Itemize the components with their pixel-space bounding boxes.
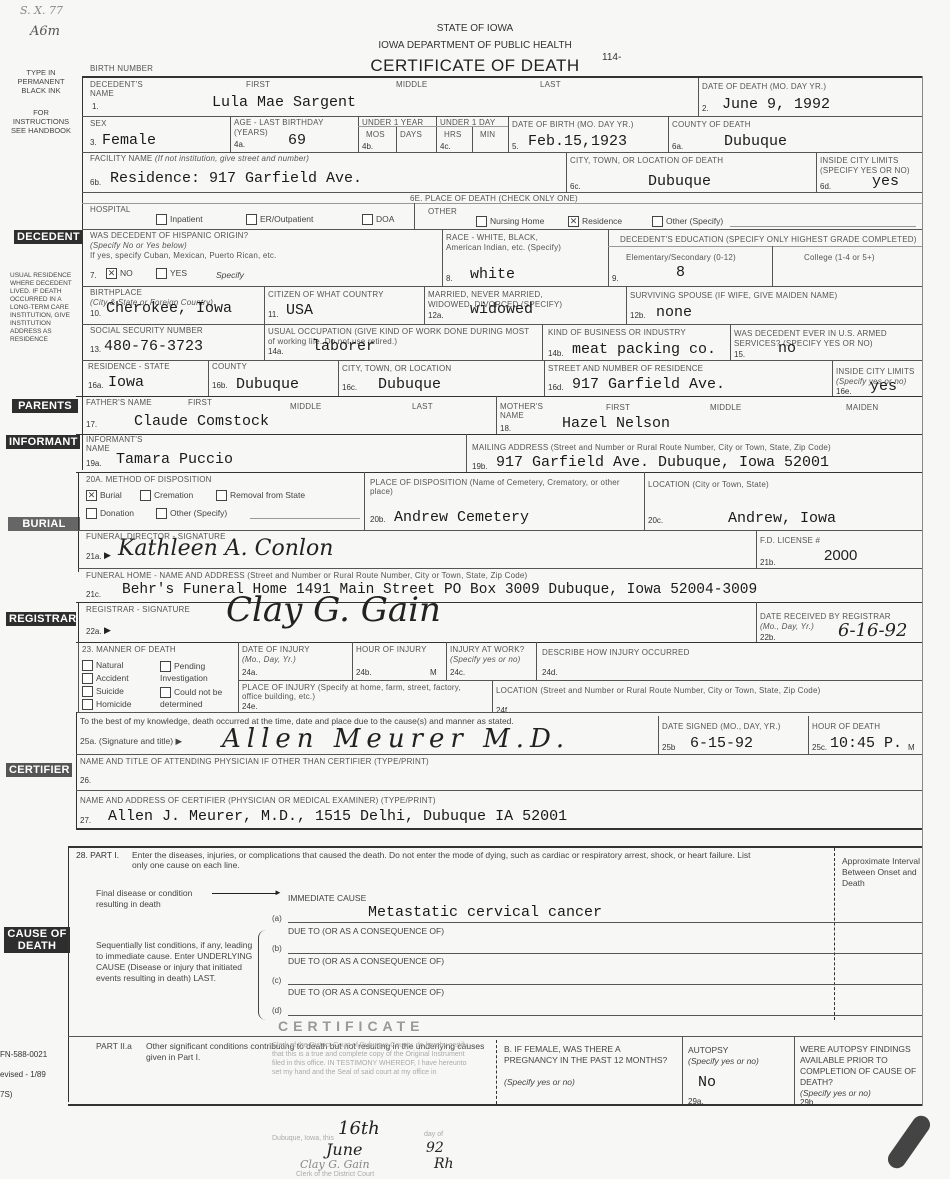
revised-date: evised - 1/89 [0,1070,46,1079]
occupation-value: laborer [312,338,375,355]
armed-services: no [778,340,796,357]
checkbox-other[interactable]: Other (Specify) [156,508,227,519]
city-of-death: Dubuque [648,173,711,190]
checkbox-removal-from-state[interactable]: Removal from State [216,490,305,501]
fd-license: 2000 [824,547,857,564]
checkbox-hispanic-no[interactable]: ✕NO [106,268,133,279]
checkbox-donation[interactable]: Donation [86,508,134,519]
residence-city: Dubuque [378,376,441,393]
section-tab-certifier: CERTIFIER [6,763,72,777]
type-in-note: TYPE IN PERMANENT BLACK INK [6,68,76,95]
section-tab-informant: INFORMANT [6,435,80,449]
sequential-label: Sequentially list conditions, if any, le… [96,940,256,984]
stamp-initials: Rh [434,1156,454,1172]
ssn-value: 480-76-3723 [104,338,203,355]
checkbox-er-outpatient[interactable]: ER/Outpatient [246,214,313,225]
immediate-cause-label: IMMEDIATE CAUSE [288,893,366,903]
hour-of-death: 10:45 P. [830,735,902,752]
checkbox-suicide[interactable]: Suicide [82,686,124,697]
interval-label: Approximate Interval Between Onset and D… [842,856,922,889]
part1-instructions: Enter the diseases, injuries, or complic… [132,850,752,870]
checkbox-inpatient[interactable]: Inpatient [156,214,203,225]
brace [258,930,269,1020]
due-to-label-1: DUE TO (OR AS A CONSEQUENCE OF) [288,926,444,936]
autopsy-value: No [698,1074,716,1091]
checkbox-homicide[interactable]: Homicide [82,699,131,710]
section-tab-parents: PARENTS [12,399,78,413]
checkbox-nursing-home[interactable]: Nursing Home [476,216,544,227]
pregnancy-field[interactable]: b. IF FEMALE, WAS THERE A PREGNANCY IN T… [504,1044,674,1066]
sex-value: Female [102,132,156,149]
state-label: STATE OF IOWA [0,23,950,34]
county-of-death: Dubuque [724,133,787,150]
section-tab-registrar: REGISTRAR [6,612,76,626]
stamp-month: June [326,1140,363,1159]
residence-street: 917 Garfield Ave. [572,376,725,393]
arrow-icon: ▶ [104,550,111,561]
form-number: FN-588-0021 [0,1050,47,1059]
disposition-location: Andrew, Iowa [728,510,836,527]
decedent-name: Lula Mae Sargent [212,94,356,111]
date-received: 6-16-92 [838,620,907,641]
final-disease-label: Final disease or condition resulting in … [96,888,206,910]
due-to-label-3: DUE TO (OR AS A CONSEQUENCE OF) [288,987,444,997]
checkbox-other-specify[interactable]: Other (Specify) [652,216,723,227]
place-of-death-label: 6e. PLACE OF DEATH (Check only one) [410,194,578,203]
residence-inside-city: yes [870,378,897,395]
checkbox-natural[interactable]: Natural [82,660,123,671]
corner-note-1: S. X. 77 [20,4,63,17]
section-tab-decedent: DECEDENT [14,230,82,244]
surviving-spouse: none [656,304,692,321]
section-tab-cause-of-death: CAUSE OF DEATH [4,927,70,953]
section-tab-burial: BURIAL [8,517,80,531]
stamp-year: 92 [426,1140,444,1156]
residence-state: Iowa [108,374,144,391]
stamp-text: Clerk of the District Court of Dubuque C… [272,1041,472,1077]
checkbox-could-not-be-determined[interactable]: Could not be determined [160,686,234,710]
date-of-death: June 9, 1992 [722,96,830,113]
father-name: Claude Comstock [134,413,269,430]
place-of-disposition: Andrew Cemetery [394,509,529,526]
stamp-day: 16th [338,1118,380,1139]
residence-county: Dubuque [236,376,299,393]
certificate-number: 114- [602,52,621,63]
registrar-signature: Clay G. Gain [226,590,441,630]
birth-number-label: BIRTH NUMBER [90,64,153,73]
date-of-birth: Feb.15,1923 [528,133,627,150]
birthplace-value: Cherokee, Iowa [106,300,232,317]
hospital-label: HOSPITAL [90,205,131,214]
informant-address: 917 Garfield Ave. Dubuque, Iowa 52001 [496,454,829,471]
checkbox-residence[interactable]: ✕Residence [568,216,622,227]
department-label: IOWA DEPARTMENT OF PUBLIC HEALTH [0,40,950,51]
instructions-note: FOR INSTRUCTIONS SEE HANDBOOK [6,108,76,135]
part2-label: PART II.a [96,1041,132,1051]
checkbox-burial[interactable]: ✕Burial [86,490,122,501]
citizen-value: USA [286,302,313,319]
certifier-signature: Allen Meurer M.D. [222,724,570,754]
arrow-icon: ▶ [104,625,111,636]
checkbox-accident[interactable]: Accident [82,673,129,684]
funeral-director-signature: Kathleen A. Conlon [118,536,333,561]
stamp-title: CERTIFICATE [278,1018,425,1034]
other-label: OTHER [428,207,457,216]
certifier-name-address: Allen J. Meurer, M.D., 1515 Delhi, Dubuq… [108,808,567,825]
date-signed: 6-15-92 [690,735,753,752]
stamp-footer: Clerk of the District Court [296,1170,374,1179]
race-value: white [470,266,515,283]
age-value: 69 [288,132,306,149]
mother-name: Hazel Nelson [562,415,670,432]
checkbox-pending-investigation[interactable]: Pending Investigation [160,660,234,684]
usual-residence-note: USUAL RESIDENCE WHERE DECEDENT LIVED. IF… [10,272,76,344]
business-value: meat packing co. [572,341,716,358]
informant-name: Tamara Puccio [116,451,233,468]
checkbox-cremation[interactable]: Cremation [140,490,193,501]
due-to-label-2: DUE TO (OR AS A CONSEQUENCE OF) [288,956,444,966]
facility-name: Residence: 917 Garfield Ave. [110,170,362,187]
part1-label: 28. PART I. [76,850,119,860]
arrow-right-icon: ► [274,888,282,897]
facility-label: FACILITY NAME (If not institution, give … [90,154,309,163]
form-code: 7S) [0,1090,12,1099]
checkbox-hispanic-yes[interactable]: YES [156,268,187,279]
immediate-cause-value: Metastatic cervical cancer [368,904,602,921]
checkbox-doa[interactable]: DOA [362,214,394,225]
marital-status: widowed [470,301,533,318]
ink-smudge [884,1112,933,1171]
education-value: 8 [676,264,685,281]
inside-city-limits: yes [872,173,899,190]
